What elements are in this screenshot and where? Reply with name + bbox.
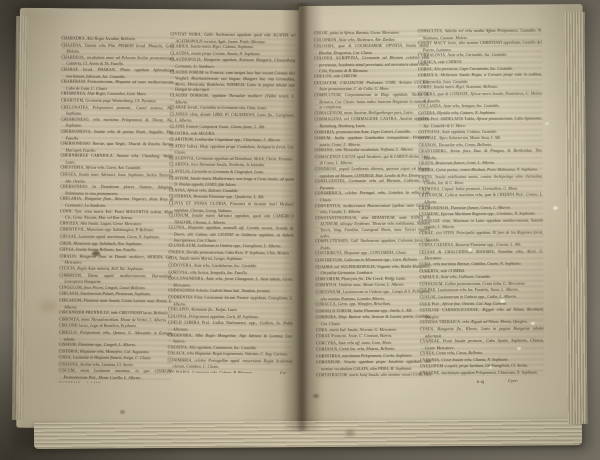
entry-headword: COTERA xyxy=(418,111,435,115)
index-entry: CHERSONESSO Iberiæ, qua Virgil., Thucid.… xyxy=(60,141,173,154)
entry-headword: CODRENTES Föns Lusitanum dicunt Fuente o… xyxy=(168,295,266,300)
text-column-1: CHARADRA, Alia Regio Arcadiæ, Bellonio.C… xyxy=(58,36,174,384)
index-entry: COMPLUTUM, Carpentanorum in Hisp. oppidu… xyxy=(314,92,429,111)
entry-headword: CREMONENSIS xyxy=(419,206,449,210)
entry-headword: CIBALIS xyxy=(60,254,77,258)
index-entry: CISCUM, mons Lusitaniæ maximus, in quo C… xyxy=(59,368,172,381)
index-entry: CRANTZBERG, Stiriæ fines Taur. & Pinzgau… xyxy=(419,148,543,161)
entry-headword: CREMONA xyxy=(419,187,440,191)
entry-headword: CHERRONESO xyxy=(61,117,89,121)
entry-headword: CIRKNIZA xyxy=(59,317,79,321)
entry-headword: CODOVERA xyxy=(168,263,191,267)
entry-headword: CELSAE & CHALCEDONE MAIORIS xyxy=(419,250,494,255)
index-entry: CLATEO Iulius, Hisp. oppidum prope Cordu… xyxy=(169,143,294,156)
entry-headword: CYANEAE xyxy=(420,339,439,343)
index-entry: CONSULTUS, Adicila vel vrbs media Affam … xyxy=(418,28,542,41)
entry-headword: CHRISTEVIL xyxy=(60,228,85,232)
entry-headword: CORSA xyxy=(418,67,432,71)
entry-headword: CRESIA xyxy=(419,168,434,172)
entry-headword: CLARITIUM xyxy=(170,138,193,142)
index-entry: CORTONIUM, Lusitanorum in Umbria opp., C… xyxy=(316,289,431,302)
index-entry: CUTILIAE CARNIOLICIANAE, Ægypti vrbs ad … xyxy=(420,307,544,320)
entry-headword: CORACCA xyxy=(316,302,336,306)
entry-headword: CONN. Tyn. sinu maris Exl. Ponti MAGONTI… xyxy=(60,209,161,214)
entry-headword: CYDONIA xyxy=(420,358,439,362)
index-entry: COLOSSIS, quæ & COCHLEARIAE OPVSTIA, Ins… xyxy=(314,43,429,56)
index-entry: CHERNBERGE CARNIOLA, Austria vrbs, Chamb… xyxy=(60,153,173,166)
entry-headword: CORSULA xyxy=(418,73,438,77)
entry-headword: COELAPIO xyxy=(168,308,189,312)
entry-headword: CIBELLO xyxy=(59,330,77,334)
index-entry: CLIVIA ET FOSSA CLODIA, Fossones in lacu… xyxy=(169,200,294,213)
index-entry: CUADRA vel SULPHUROPOLIS, Vngaria vrbs, … xyxy=(315,263,430,276)
entry-headword: CHARAE Ierud. PHARAN xyxy=(61,67,115,71)
index-entry: CUBAE, sive STIVA, Principalis oppidum, … xyxy=(419,230,543,243)
entry-headword: CISCUM xyxy=(59,369,75,373)
index-entry: CLANIUS olim, deinde LIRIS, Fl. CALANDOV… xyxy=(170,111,295,124)
index-entry: CHELARIA, Hungariæ flum., Ravenna Vngari… xyxy=(60,196,173,209)
entry-headword: CLAUDIOPOLIS xyxy=(170,58,201,62)
entry-headword: CORTONIUM xyxy=(316,290,341,294)
index-entry: CELSAE & CHALCEDONE MAIORIS, Numidiæ vrb… xyxy=(419,248,543,261)
entry-headword: CUTULIAE olim xyxy=(419,219,450,223)
index-entry: CHAZENA, Tunetis vrbs Plin. PHARAN Ierud… xyxy=(61,42,174,55)
entry-headword: COLONIA xyxy=(168,314,187,318)
index-entry: CONIMBRIA, celebre Portugalliæ oppid. vn… xyxy=(168,357,293,370)
entry-headword: CHERSONESSO Iberiæ xyxy=(61,142,104,146)
entry-headword: CHESTERIA xyxy=(60,166,83,170)
text-column-4: CONSULTUS, Adicila vel vrbs media Affam … xyxy=(418,28,544,377)
index-entry: CHERSOBIA, Alba Regio Mongreliæ, Alpi Ad… xyxy=(168,332,293,345)
index-entry: CONN. Tyn. sinu maris Exl. Ponti MAGONTI… xyxy=(60,208,173,221)
catchword-left-page: Co- xyxy=(280,370,287,375)
index-entry: CLAUDII FORUM in Francia, cum insigni lu… xyxy=(170,69,295,93)
entry-headword: CONIMBRICA xyxy=(315,192,342,196)
entry-headword: CLITERNIA xyxy=(169,195,191,199)
entry-headword: CONIMBRIA xyxy=(168,358,192,362)
entry-headword: CODIOGONIA Schola xyxy=(168,289,208,293)
entry-headword: CULPAE xyxy=(420,289,436,293)
index-entry: CYANEAE, Ponti Insulæ promont., Cabo Sya… xyxy=(420,338,544,351)
entry-headword: CORA xyxy=(316,328,328,332)
entry-headword: COLLANDA xyxy=(418,104,441,108)
index-entry: CHARDEOS, vocabulum mare ad Pelorum Sici… xyxy=(61,54,174,67)
text-column-3: COLOE, palus in Africa, Barotta, Gerar. … xyxy=(314,30,431,379)
entry-headword: CHIOZZA xyxy=(60,221,78,225)
index-entry: CORDUBA, Hisp. Bæticæ vrbs, Senecæ & Luc… xyxy=(316,314,431,327)
entry-headword: CLODIUM xyxy=(169,214,189,218)
index-entry: CUSUS, Hungariæ flu., Khorte, Lazio in p… xyxy=(420,325,544,338)
entry-headword: CLANIS flumen Campaniæ fluuii xyxy=(170,124,229,129)
entry-headword: CHARDEOS xyxy=(61,55,84,59)
index-entry: CUTULIAE olim, Marinum in Latio oppidum … xyxy=(419,217,543,230)
entry-headword: COLOPHON xyxy=(314,38,337,42)
entry-headword: CURVA CAESENA xyxy=(419,243,453,247)
entry-headword: CRANON xyxy=(419,143,437,147)
index-entry: CLODIUM, Insulæ maris Adriatici oppidum,… xyxy=(169,213,294,226)
index-entry: COMACENUS LACUS apud Insubres, qui & LAR… xyxy=(315,153,430,166)
entry-headword: CODERA xyxy=(418,92,435,96)
entry-headword: CIRCONII lacus xyxy=(59,324,88,328)
entry-headword: CONTRIBUTA xyxy=(315,252,342,256)
entry-headword: CONVENTUS xyxy=(315,204,340,208)
entry-headword: CHAREBANI Promontorium xyxy=(61,80,113,84)
entry-headword: CHERSONESVS xyxy=(61,129,91,133)
entry-headword: CAESENA xyxy=(168,345,187,349)
entry-headword: COMACENUS LACUS apud Insubres xyxy=(315,155,382,159)
index-entry: CRETA, Insula nobilissima maris, contra … xyxy=(419,173,543,186)
index-entry: CHIOZA, Insula mare Adriatici, Ioan. Sop… xyxy=(60,172,173,185)
index-entry: CIVITAT NOBA, Gallo Narbonensi oppidum q… xyxy=(170,31,295,44)
entry-headword: CLAUDIA xyxy=(170,51,189,55)
entry-headword: CORCORUM xyxy=(316,277,340,281)
entry-headword: CRETA xyxy=(419,175,432,179)
index-entry: CYLLENE, maritimum oppidum Peloponnesi, … xyxy=(420,370,544,377)
index-entry: CIRCAEUM, Flaminia nunc Insula, Civita L… xyxy=(59,297,172,310)
entry-headword: CYCLOPUM scopuli xyxy=(420,365,457,369)
entry-headword: CISSIUM xyxy=(59,343,76,347)
entry-headword: CLAVELIA xyxy=(169,170,190,174)
entry-headword: CHIOZA xyxy=(60,173,76,177)
entry-headword: CHYSA xyxy=(60,248,74,252)
text-column-2: CIVITAT NOBA, Gallo Narbonensi oppidum q… xyxy=(168,31,296,373)
entry-headword: CUBA xyxy=(419,262,431,266)
index-entry: CHARAE Ierud. PHARAN, Plinio oppidum Aph… xyxy=(61,66,174,79)
entry-headword: CILICIA xyxy=(59,266,75,270)
fore-edge-right xyxy=(565,12,588,424)
index-entry: CHERRONESO, vrbs maritima Peloponnesi & … xyxy=(61,116,174,129)
entry-headword: COMPLUTUM xyxy=(314,93,341,97)
signature-mark: b iij xyxy=(477,379,484,384)
entry-headword: CHARADRA xyxy=(61,37,84,41)
entry-headword: CLAGENVIA xyxy=(169,156,193,160)
index-entry: COMUM, Italiæ oppidum Lombardiæ transpad… xyxy=(315,135,430,148)
entry-headword: CLOSTRA xyxy=(170,131,189,135)
index-entry: CIBELLO, Peloponnesi vrbs, Quinos, G. Ad… xyxy=(59,329,172,342)
entry-headword: CULE Ptol. xyxy=(420,302,440,306)
entry-headword: CUTIOSA THEBAICA xyxy=(420,320,460,324)
entry-headword: CORCYRA xyxy=(316,341,336,345)
entry-headword: CORTVSA xyxy=(168,270,187,274)
entry-headword: CORESSUS xyxy=(316,348,337,352)
index-entry: CORTATRACUM, maris Ionij Insula, alio no… xyxy=(316,371,431,378)
entry-headword: CLUNIA xyxy=(169,226,185,230)
index-entry: CORONEUM, Venetis oppidum prope Insubriæ… xyxy=(316,359,431,372)
entry-headword: COMAGENUM xyxy=(314,111,342,115)
index-entry: COTA Ptol. ARDELATIS Tabla, Africæ promo… xyxy=(418,116,542,129)
entry-headword: CONSTANTINOPOLIS xyxy=(315,216,356,220)
entry-headword: COLACA xyxy=(168,352,185,356)
entry-headword: CHELONATES xyxy=(61,105,88,109)
entry-headword: CHELARIA xyxy=(60,197,81,201)
entry-headword: CISTERIA xyxy=(59,349,78,353)
index-entry: CONDRUSI, populi Leodiensis ditionis, qu… xyxy=(315,166,430,179)
entry-headword: CHARITUM xyxy=(61,98,83,102)
index-entry: COMMAGENA vel COMMAGENE CASTRA, Austriæ … xyxy=(314,116,429,129)
index-entry: CREDONUM, Celticæ maritima vrbs, quæ & C… xyxy=(419,192,543,205)
entry-headword: CORRALOVIA xyxy=(418,54,445,58)
index-entry: CLAUDII DORSUM, oppidum Thessaliæ medite… xyxy=(170,92,295,105)
entry-headword: CLANIUS olim xyxy=(170,112,198,116)
entry-headword: CIVITAT NOBA xyxy=(170,32,200,36)
index-entry: CLUNIA, Hispaniæ oppidum, nonnulli aff. … xyxy=(169,225,294,244)
entry-headword: COMANA xyxy=(315,149,333,153)
entry-headword: CLASSA xyxy=(169,188,185,192)
index-entry: CIBALIS, Hungariæ flum. in Danub. medite… xyxy=(60,253,173,266)
entry-headword: COULON xyxy=(314,74,331,78)
entry-headword: CUADRA vel SULPHUROPOLIS xyxy=(315,265,374,269)
entry-headword: CUTILIAE CARNIOLICIANAE xyxy=(420,308,478,312)
entry-headword: CHUR xyxy=(60,241,72,245)
index-entry: CHELONATES, Peloponnesi promont., Castel… xyxy=(61,104,174,117)
entry-headword: CUSLOE xyxy=(420,295,436,299)
entry-headword: CULIACUM xyxy=(314,81,336,85)
entry-headword: CHAZENA xyxy=(61,43,81,47)
entry-headword: CORINTHUS xyxy=(316,354,340,358)
entry-headword: CYNUS xyxy=(420,352,434,356)
entry-headword: CHERSONESO In Danubium plures flumen xyxy=(60,185,152,190)
index-entry: CONIMBRICA, celebre Portugal. vrbs, Coim… xyxy=(315,190,430,203)
entry-headword: CLAUDII FORUM in Francia xyxy=(170,70,223,74)
entry-headword: CYLLENE xyxy=(420,371,439,375)
entry-headword: CORNELII FORUM xyxy=(316,309,352,313)
entry-headword: CLARIUS xyxy=(170,45,188,49)
entry-headword: CLUSSILAUM xyxy=(169,244,196,248)
entry-headword: CISSA xyxy=(59,356,71,360)
entry-headword: COMUM xyxy=(315,136,331,140)
entry-headword: COMMAGENA vel COMMAGENE CASTRA xyxy=(314,117,396,122)
entry-headword: CHIARENZA xyxy=(61,92,85,96)
entry-headword: CUBAE xyxy=(419,231,433,235)
entry-headword: CREDONUM xyxy=(419,194,443,198)
entry-headword: CLAUDII DORSUM xyxy=(170,93,208,97)
entry-headword: CORAE Promont. Asiæ xyxy=(316,334,357,338)
index-entry: COCCONANDORA, Asiæ vrbs, forsit Changano… xyxy=(168,276,293,289)
entry-headword: CNIDUS xyxy=(169,250,185,254)
entry-headword: COTTIAE xyxy=(419,136,437,140)
entry-headword: COCCONANDORA xyxy=(168,277,203,281)
entry-headword: COMARIA xyxy=(314,130,334,134)
entry-headword: CORONEUM xyxy=(316,361,340,365)
entry-headword: CORDUBA xyxy=(316,316,336,320)
entry-headword: CONTHEYUM xyxy=(315,258,342,262)
index-entry: CIMBRIUM, Dania oppid. mediterraneum, Ha… xyxy=(59,272,172,285)
index-entry: CONVENTUS, mediterranea Bracarensium (qu… xyxy=(315,202,430,215)
entry-headword: CAPSULA xyxy=(420,275,439,279)
entry-headword: CUSUS xyxy=(420,327,434,331)
entry-headword: CORES xyxy=(418,86,432,90)
index-entry: CULIACUM, CALLIACUM, Ptolomæo CORI, Arri… xyxy=(314,79,429,92)
entry-headword: CRATIS xyxy=(419,162,434,166)
index-entry: CORSULA, Melitensis Insula Regia, a Cors… xyxy=(418,72,542,85)
entry-headword: CONDRUSI xyxy=(315,167,336,171)
catchword-right-page: Cyre- xyxy=(508,378,518,383)
index-entry: CLAVIUM, Insula maris Mediterranei, non … xyxy=(169,175,294,188)
index-entry: CODERA, quæ & CONDATE, Africæ maris Insu… xyxy=(418,91,542,104)
entry-headword: COLOSSIS xyxy=(314,44,334,48)
index-entry: CONSTANTINOPOLIS, olim BYZANTIUM, unde I… xyxy=(315,214,430,238)
entry-headword: CLAVIUM xyxy=(169,176,188,180)
index-entry: CONFLUENTES, Germaniæ vrbs ad Rhenum, Co… xyxy=(315,178,430,191)
entry-headword: CONSULTUS xyxy=(418,29,442,33)
entry-headword: CLARENA xyxy=(169,163,189,167)
entry-headword: CIRCAEUM xyxy=(59,298,81,302)
entry-headword: CLARAE Ierud. xyxy=(170,106,198,110)
entry-headword: CLATEO Iulius xyxy=(169,144,197,148)
entry-headword: COLONIA AGRIPPINA xyxy=(314,56,358,60)
index-entry: COMPLUTENSES, Gall. Narbonensi oppidum, … xyxy=(315,238,430,251)
entry-headword: COLOE xyxy=(314,31,328,35)
entry-headword: CHUSAE xyxy=(60,235,77,239)
entry-headword: CTEMENE xyxy=(419,213,439,217)
entry-headword: COUNT MACY forte xyxy=(418,41,456,45)
entry-headword: CLIVIA ET FOSSA CLODIA xyxy=(169,201,226,205)
index-entry: COLONIA AGRIPPINA, Germaniæ ad Rhenum ce… xyxy=(314,55,429,74)
index-entry: COUNT MACY forte, alio nomine CHRISTIANI… xyxy=(418,40,542,53)
entry-headword: CONFLUENTES xyxy=(315,179,345,183)
entry-headword: COELII LIBERA Ptol. Gallia Narbonensi op… xyxy=(168,321,256,326)
entry-headword: CINGULUM xyxy=(59,285,82,289)
index-entry: CLAUDIOPOLIS, Hungariæ oppidum, Kolosvar… xyxy=(170,57,295,70)
index-entry: COELII LIBERA Ptol. Gallia Narbonensi op… xyxy=(168,320,293,333)
entry-headword: CIRCASSI xyxy=(59,292,78,296)
entry-headword: CHERSOBIA xyxy=(168,333,192,337)
entry-headword: CORINTUS xyxy=(316,284,337,288)
entry-headword: COTTIANA xyxy=(418,130,439,134)
index-entry: CHERSONESVS, Insulæ vrbs & portus Ponti,… xyxy=(61,128,174,141)
entry-headword: CUSSANUM xyxy=(420,282,443,286)
entry-headword: COTA Ptol. ARDELATIS Tabla xyxy=(418,117,474,121)
index-entry: CHERSONESO In Danubium plures flumen, Ad… xyxy=(60,184,173,197)
index-entry: CODRENTES Föns Lusitanum dicunt Fuente o… xyxy=(168,294,293,307)
entry-headword: COMPLUTENSES xyxy=(315,239,348,243)
entry-headword: CORSICA xyxy=(418,60,436,64)
index-entry: CHAREBANI Promontorium, Hispania ad mare… xyxy=(61,79,174,92)
entry-headword: CIRCKNIZER PRUNNILLE xyxy=(59,311,109,315)
entry-headword: CIMBRIUM xyxy=(59,273,81,277)
entry-headword: CUBERTA xyxy=(419,269,438,273)
entry-headword: CRANTZBERG xyxy=(419,150,447,154)
entry-headword: CHERNBERGE CARNIOLA xyxy=(60,154,112,158)
entry-headword: CORTATRACUM xyxy=(316,373,347,377)
entry-headword: CISSIANA xyxy=(59,362,79,366)
entry-headword: COA xyxy=(168,257,177,261)
